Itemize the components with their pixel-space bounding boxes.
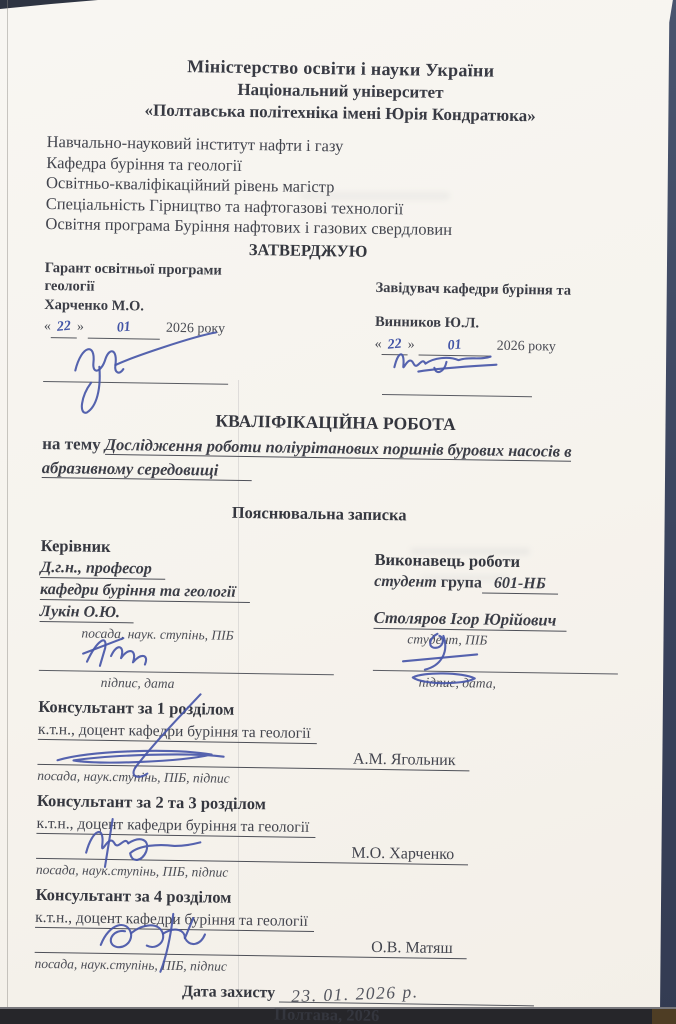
consultant-3-name: О.В. Матяш — [371, 939, 453, 957]
handwritten-defense-date: 23. 01. 2026 р. — [291, 981, 419, 1007]
work-subtitle: Пояснювальна записка — [41, 500, 597, 528]
consultant-1-signature-line: А.М. Ягольник — [37, 740, 469, 771]
scanned-title-page: Міністерство освіти і науки України Наці… — [0, 0, 676, 1024]
consultant-2-signature-line: М.О. Харченко — [36, 834, 468, 865]
consultant-2-signature — [74, 810, 220, 874]
supervisor-name: Лукін О.Ю. — [40, 603, 135, 623]
consultant-1-signature — [47, 684, 283, 783]
theme-line-1: Дослідження роботи поліурітанових поршні… — [105, 435, 572, 462]
executor-heading: Виконавець роботи — [374, 550, 626, 574]
consultant-3-block: Консультант за 4 розділом к.т.н., доцент… — [34, 885, 621, 981]
defense-date-label: Дата захисту — [182, 983, 275, 1001]
guarantor-block: Гарант освітньої програми геології Харче… — [43, 258, 350, 398]
theme-paragraph: на тему Дослідження роботи поліурітанови… — [42, 432, 629, 489]
head-dept-name: Винников Ю.Л. — [375, 313, 630, 335]
signature-line — [382, 394, 532, 397]
guarantor-signature-zone — [43, 337, 349, 392]
head-dept-title: Завідувач кафедри буріння та — [375, 278, 630, 300]
executor-signature — [400, 627, 496, 700]
defense-date-slot: 23. 01. 2026 р. — [279, 982, 534, 1007]
supervisor-degree-1: Д.г.н., професор — [40, 559, 166, 580]
head-of-department-block: Завідувач кафедри буріння та Винников Ю.… — [374, 263, 631, 402]
executor-group-value: 601-НБ — [482, 574, 558, 594]
executor-student-label: студент — [374, 573, 437, 591]
supervisor-signature — [79, 628, 190, 674]
supervisor-block: Керівник Д.г.н., професор кафедри бурінн… — [39, 536, 356, 695]
scan-left-page-edge — [7, 0, 8, 1024]
approval-row: Гарант освітньої програми геології Харче… — [43, 258, 631, 402]
roles-row: Керівник Д.г.н., професор кафедри бурінн… — [39, 536, 627, 699]
theme-line-2: абразивному середовищі — [42, 458, 253, 481]
head-dept-signature — [388, 341, 519, 387]
executor-block: Виконавець роботи студент група601-НБ Ст… — [373, 541, 627, 699]
theme-label: на тему — [42, 434, 101, 454]
consultant-2-name: М.О. Харченко — [351, 845, 454, 864]
head-dept-signature-zone — [374, 355, 630, 403]
consultant-2-block: Консультант за 2 та 3 розділом к.т.н., д… — [36, 791, 623, 887]
document-content: Міністерство освіти і науки України Наці… — [34, 54, 634, 1024]
institute-info-block: Навчально-науковий інститут нафти і газу… — [45, 132, 632, 243]
guarantor-signature — [61, 322, 237, 413]
guarantor-name: Харченко М.О. — [44, 295, 349, 318]
scan-corner-shadow — [0, 0, 98, 9]
scan-bottom-right-corner — [652, 1009, 676, 1024]
supervisor-signature-zone — [39, 641, 354, 678]
executor-group-label: група — [441, 574, 482, 592]
consultant-1-name: А.М. Ягольник — [353, 751, 456, 770]
consultant-3-signature — [82, 907, 258, 982]
consultant-3-signature-line: О.В. Матяш — [35, 928, 467, 959]
executor-signature-zone — [373, 647, 625, 677]
consultant-1-block: Консультант за 1 розділом к.т.н., доцент… — [37, 697, 624, 793]
scan-right-edge-band — [650, 0, 676, 1024]
